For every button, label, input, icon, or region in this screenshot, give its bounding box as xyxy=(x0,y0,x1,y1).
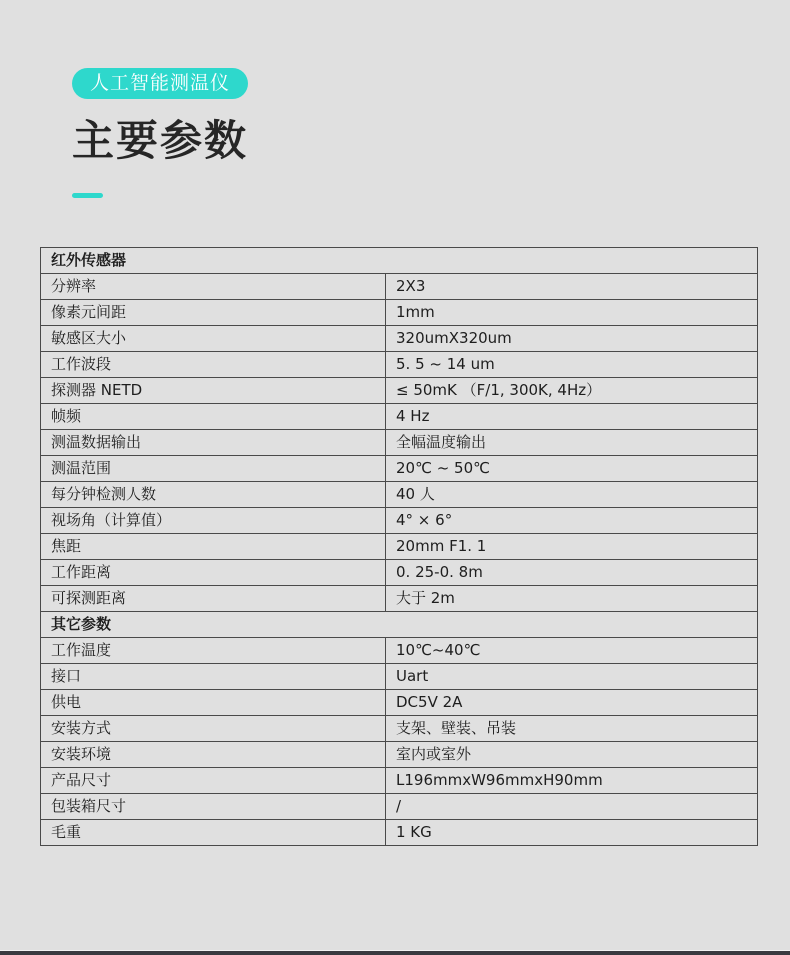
spec-key: 帧频 xyxy=(41,404,386,430)
table-row: 探测器 NETD≤ 50mK （F/1, 300K, 4Hz） xyxy=(41,378,758,404)
table-row: 产品尺寸L196mmxW96mmxH90mm xyxy=(41,768,758,794)
spec-value: 4° × 6° xyxy=(386,508,758,534)
spec-key: 测温数据输出 xyxy=(41,430,386,456)
table-row: 视场角（计算值）4° × 6° xyxy=(41,508,758,534)
spec-key: 敏感区大小 xyxy=(41,326,386,352)
table-row: 安装方式支架、壁装、吊装 xyxy=(41,716,758,742)
spec-key: 每分钟检测人数 xyxy=(41,482,386,508)
table-row: 供电DC5V 2A xyxy=(41,690,758,716)
spec-key: 视场角（计算值） xyxy=(41,508,386,534)
spec-key: 工作温度 xyxy=(41,638,386,664)
table-row: 包装箱尺寸/ xyxy=(41,794,758,820)
spec-key: 可探测距离 xyxy=(41,586,386,612)
spec-key: 探测器 NETD xyxy=(41,378,386,404)
spec-value: 10℃~40℃ xyxy=(386,638,758,664)
spec-value: 40 人 xyxy=(386,482,758,508)
table-row: 安装环境室内或室外 xyxy=(41,742,758,768)
spec-value: 0. 25-0. 8m xyxy=(386,560,758,586)
spec-value: 室内或室外 xyxy=(386,742,758,768)
spec-key: 焦距 xyxy=(41,534,386,560)
spec-value: DC5V 2A xyxy=(386,690,758,716)
section-title-other-params: 其它参数 xyxy=(41,612,758,638)
spec-value: 20℃ ~ 50℃ xyxy=(386,456,758,482)
spec-key: 测温范围 xyxy=(41,456,386,482)
spec-table: 红外传感器 分辨率2X3 像素元间距1mm 敏感区大小320umX320um 工… xyxy=(40,247,758,846)
table-row: 像素元间距1mm xyxy=(41,300,758,326)
spec-value: 大于 2m xyxy=(386,586,758,612)
spec-value: 支架、壁装、吊装 xyxy=(386,716,758,742)
category-tag: 人工智能测温仪 xyxy=(72,68,248,99)
spec-value: 4 Hz xyxy=(386,404,758,430)
title-accent-divider xyxy=(72,193,103,198)
table-row: 可探测距离大于 2m xyxy=(41,586,758,612)
table-row: 工作波段5. 5 ~ 14 um xyxy=(41,352,758,378)
table-row: 帧频4 Hz xyxy=(41,404,758,430)
spec-value: ≤ 50mK （F/1, 300K, 4Hz） xyxy=(386,378,758,404)
spec-key: 安装环境 xyxy=(41,742,386,768)
spec-value: 5. 5 ~ 14 um xyxy=(386,352,758,378)
spec-value: 1mm xyxy=(386,300,758,326)
page-title: 主要参数 xyxy=(72,112,248,170)
spec-key: 分辨率 xyxy=(41,274,386,300)
section-header-row: 其它参数 xyxy=(41,612,758,638)
spec-key: 像素元间距 xyxy=(41,300,386,326)
spec-value: Uart xyxy=(386,664,758,690)
bottom-edge-divider xyxy=(0,950,790,955)
table-row: 每分钟检测人数40 人 xyxy=(41,482,758,508)
spec-key: 安装方式 xyxy=(41,716,386,742)
spec-key: 接口 xyxy=(41,664,386,690)
spec-value: L196mmxW96mmxH90mm xyxy=(386,768,758,794)
table-row: 分辨率2X3 xyxy=(41,274,758,300)
spec-key: 毛重 xyxy=(41,820,386,846)
spec-key: 工作距离 xyxy=(41,560,386,586)
spec-value: 全幅温度输出 xyxy=(386,430,758,456)
spec-value: 2X3 xyxy=(386,274,758,300)
table-row: 毛重1 KG xyxy=(41,820,758,846)
spec-value: 20mm F1. 1 xyxy=(386,534,758,560)
table-row: 工作距离0. 25-0. 8m xyxy=(41,560,758,586)
table-row: 测温范围20℃ ~ 50℃ xyxy=(41,456,758,482)
table-row: 敏感区大小320umX320um xyxy=(41,326,758,352)
spec-value: 1 KG xyxy=(386,820,758,846)
spec-key: 产品尺寸 xyxy=(41,768,386,794)
table-row: 工作温度10℃~40℃ xyxy=(41,638,758,664)
spec-key: 供电 xyxy=(41,690,386,716)
spec-value: 320umX320um xyxy=(386,326,758,352)
spec-key: 包装箱尺寸 xyxy=(41,794,386,820)
spec-value: / xyxy=(386,794,758,820)
section-header-row: 红外传感器 xyxy=(41,248,758,274)
spec-key: 工作波段 xyxy=(41,352,386,378)
table-row: 接口Uart xyxy=(41,664,758,690)
table-row: 焦距20mm F1. 1 xyxy=(41,534,758,560)
section-title-infrared-sensor: 红外传感器 xyxy=(41,248,758,274)
table-row: 测温数据输出全幅温度输出 xyxy=(41,430,758,456)
